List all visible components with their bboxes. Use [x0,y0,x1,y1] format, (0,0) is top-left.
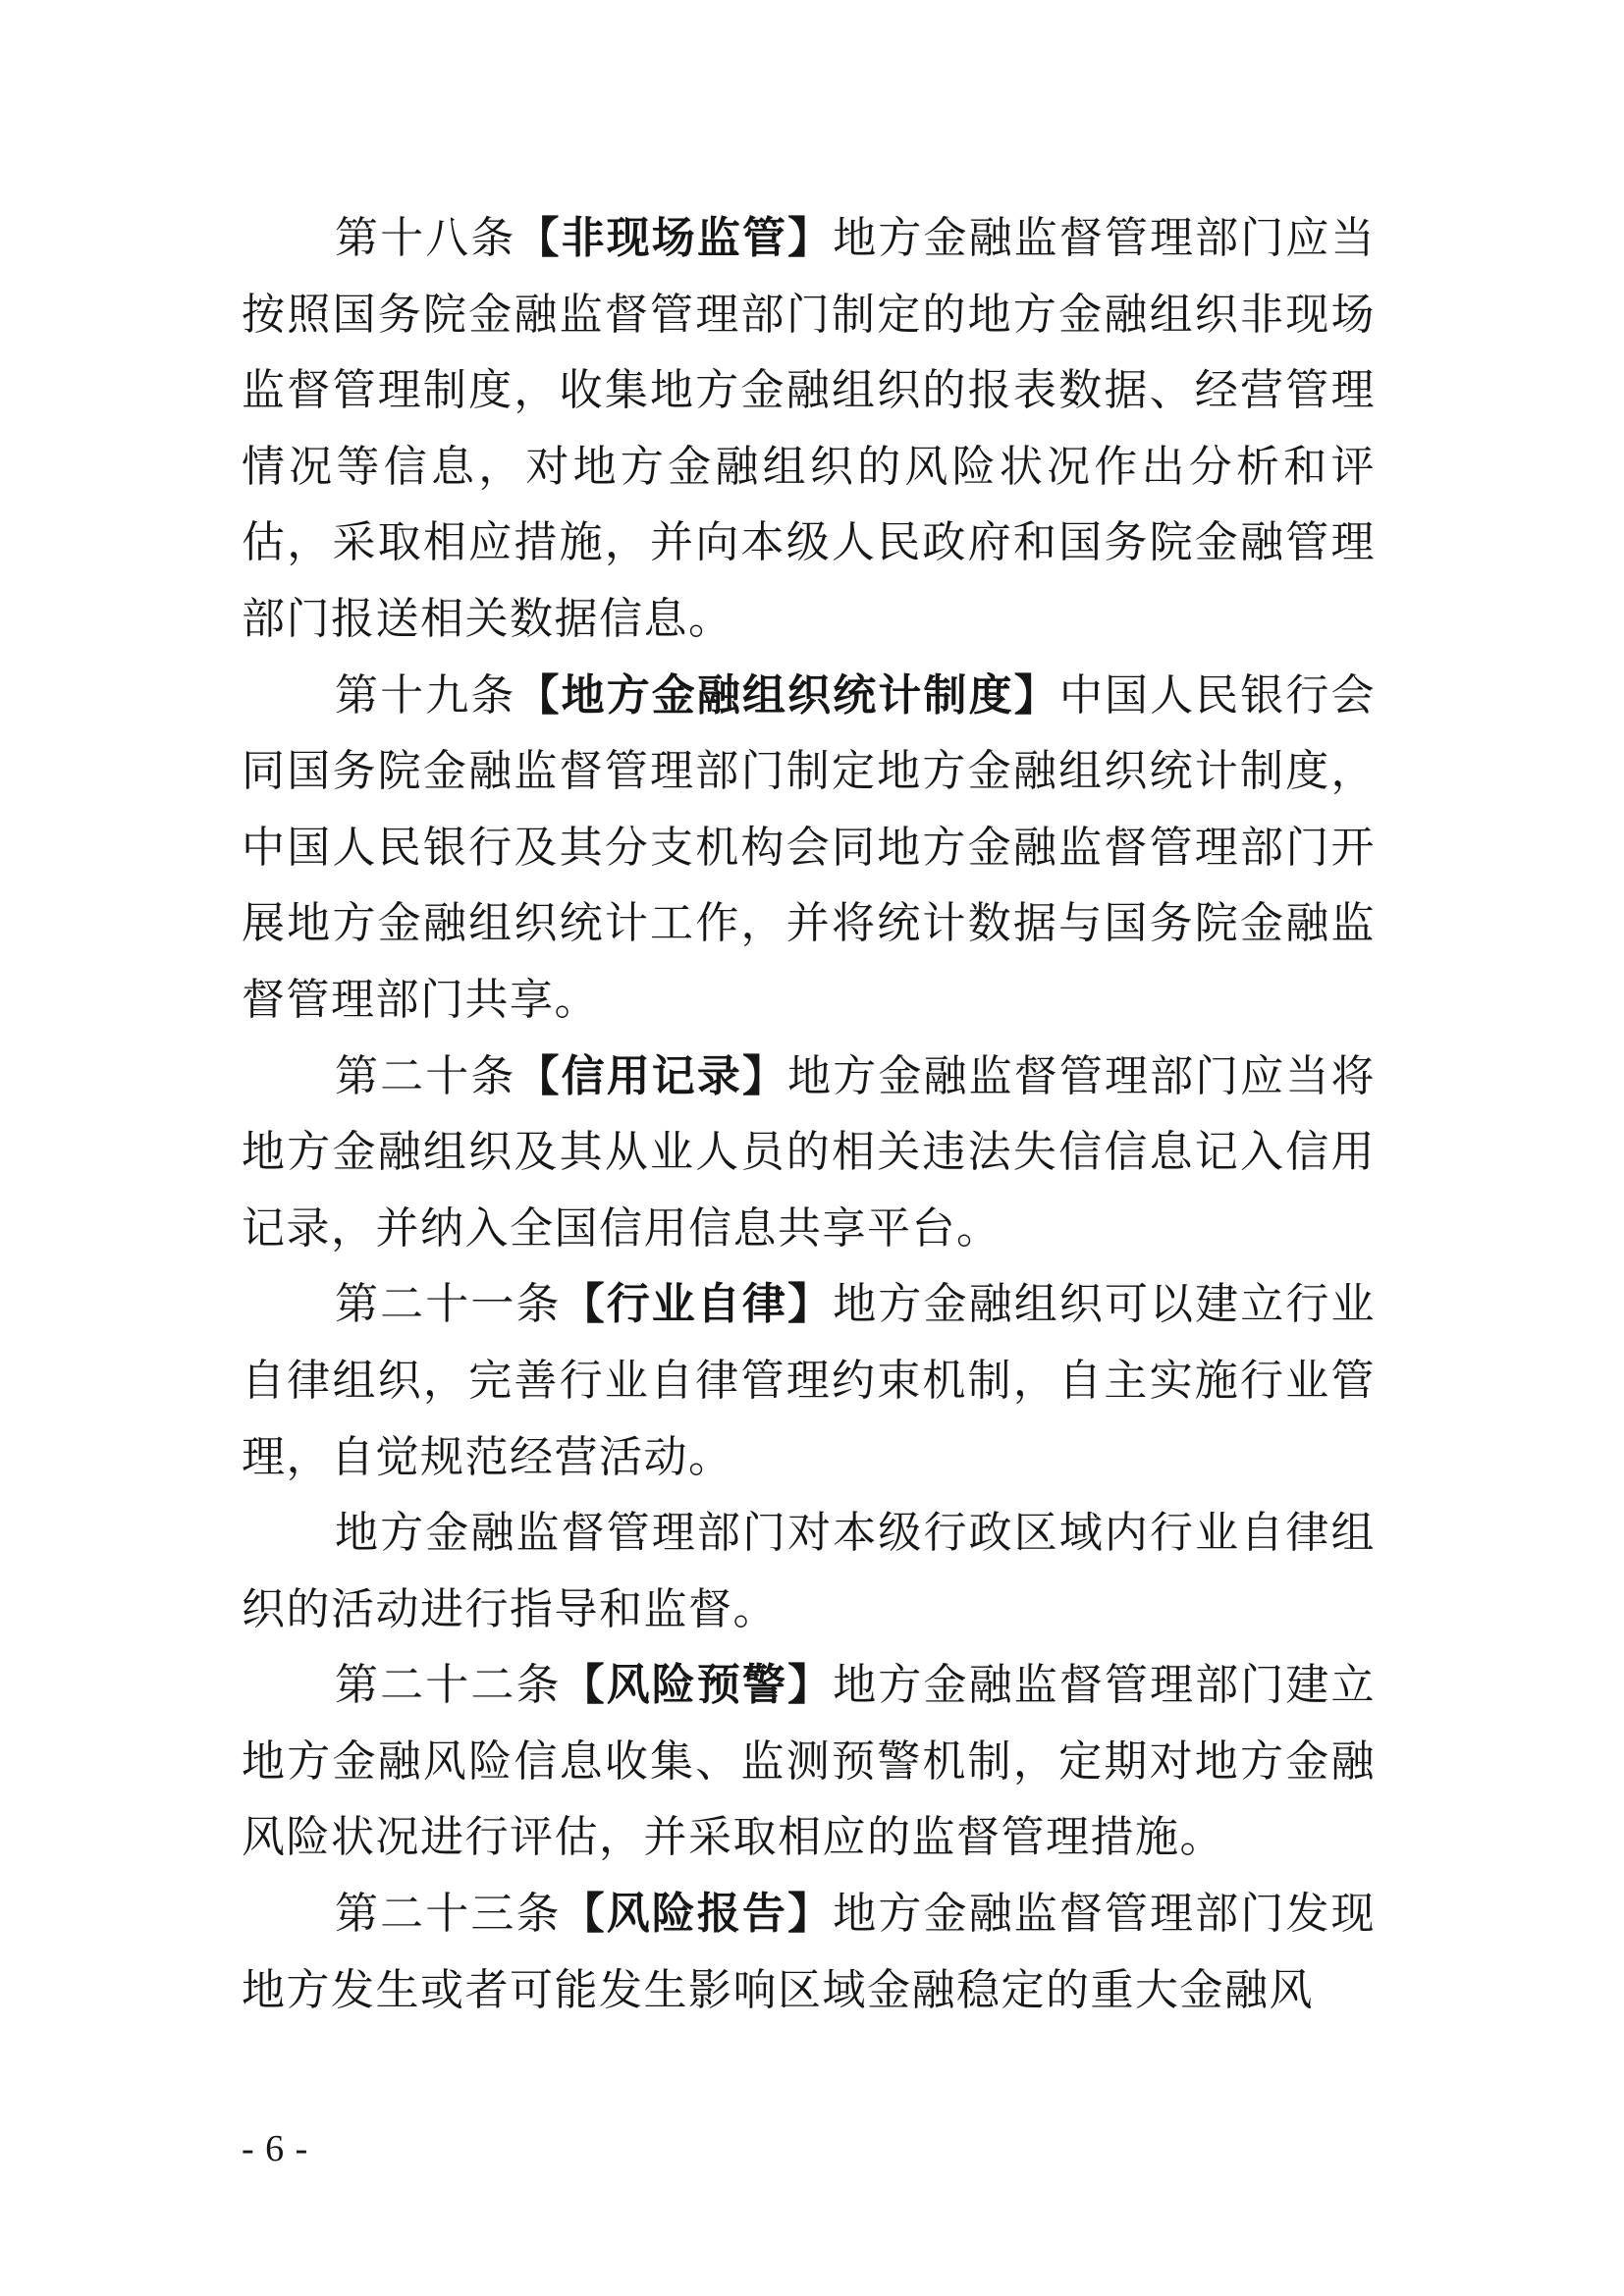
article-body: 地方金融监督管理部门对本级行政区域内行业自律组织的活动进行指导和监督。 [242,1509,1376,1633]
article-number: 第二十一条 [335,1280,562,1328]
article-tag: 【风险预警】 [562,1661,834,1709]
page-number: - 6 - [242,2128,308,2169]
article-tag: 【行业自律】 [562,1280,834,1328]
article-number: 第二十三条 [335,1890,562,1938]
article-tag: 【风险报告】 [562,1890,834,1938]
article-tag: 【地方金融组织统计制度】 [515,671,1058,720]
article-number: 第十八条 [335,214,515,262]
paragraph-article-19: 第十九条【地方金融组织统计制度】中国人民银行会同国务院金融监督管理部门制定地方金… [242,658,1376,1039]
article-body: 中国人民银行会同国务院金融监督管理部门制定地方金融组织统计制度，中国人民银行及其… [242,671,1376,1024]
article-number: 第二十条 [335,1052,515,1100]
article-tag: 【信用记录】 [515,1052,787,1100]
paragraph-article-18: 第十八条【非现场监管】地方金融监督管理部门应当按照国务院金融监督管理部门制定的地… [242,200,1376,658]
document-page: 第十八条【非现场监管】地方金融监督管理部门应当按照国务院金融监督管理部门制定的地… [0,0,1624,2296]
paragraph-article-23: 第二十三条【风险报告】地方金融监督管理部门发现地方发生或者可能发生影响区域金融稳… [242,1876,1376,2028]
paragraph-article-21: 第二十一条【行业自律】地方金融组织可以建立行业自律组织，完善行业自律管理约束机制… [242,1266,1376,1495]
article-tag: 【非现场监管】 [515,214,833,262]
document-body: 第十八条【非现场监管】地方金融监督管理部门应当按照国务院金融监督管理部门制定的地… [242,200,1376,2028]
article-number: 第二十二条 [335,1661,562,1709]
article-number: 第十九条 [335,671,515,720]
article-body: 地方金融监督管理部门应当按照国务院金融监督管理部门制定的地方金融组织非现场监督管… [242,214,1376,643]
paragraph-article-22: 第二十二条【风险预警】地方金融监督管理部门建立地方金融风险信息收集、监测预警机制… [242,1647,1376,1876]
paragraph-article-21-continuation: 地方金融监督管理部门对本级行政区域内行业自律组织的活动进行指导和监督。 [242,1495,1376,1647]
paragraph-article-20: 第二十条【信用记录】地方金融监督管理部门应当将地方金融组织及其从业人员的相关违法… [242,1039,1376,1267]
